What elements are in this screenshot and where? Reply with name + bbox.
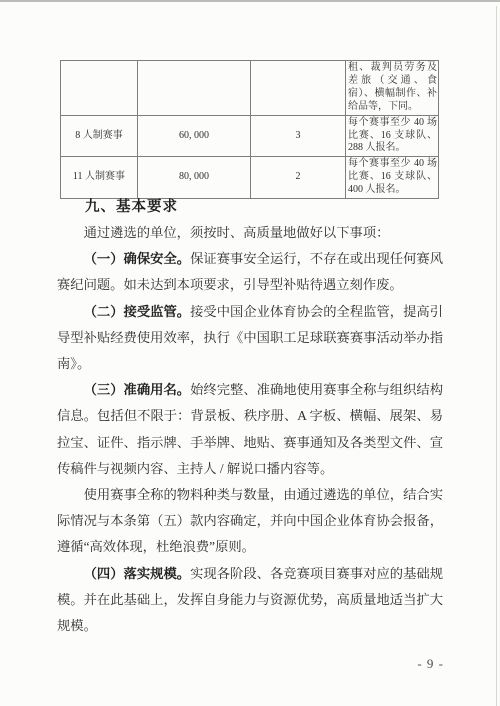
section-basic-requirements: 九、基本要求 通过遴选的单位，须按时、高质量地做好以下事项：（一）确保安全。保证… xyxy=(57,194,443,639)
table-row: 租、裁判员劳务及差旅（交通、食宿）、横幅制作、补给品等，下同。 xyxy=(61,61,439,116)
table-cell: 60, 000 xyxy=(138,115,251,157)
table-row: 8 人制赛事60, 0003每个赛事至少 40 场比赛、16 支球队、288 人… xyxy=(61,115,439,157)
subsidy-table-body: 租、裁判员劳务及差旅（交通、食宿）、横幅制作、补给品等，下同。8 人制赛事60,… xyxy=(61,61,439,199)
paragraph-lead-bold: （一）确保安全。 xyxy=(84,251,191,266)
paragraph-text: 通过遴选的单位，须按时、高质量地做好以下事项： xyxy=(84,225,390,240)
scan-edge-top xyxy=(0,0,500,2)
table-cell: 每个赛事至少 40 场比赛、16 支球队、400 人报名。 xyxy=(346,157,439,199)
table-cell: 每个赛事至少 40 场比赛、16 支球队、288 人报名。 xyxy=(346,115,439,157)
table-cell: 租、裁判员劳务及差旅（交通、食宿）、横幅制作、补给品等，下同。 xyxy=(346,61,439,116)
scan-edge-right xyxy=(496,6,497,706)
document-page: { "colors": { "paper": "#fcfcfa", "ink":… xyxy=(0,0,500,706)
table-cell: 3 xyxy=(251,115,346,157)
table-row: 11 人制赛事80, 0002每个赛事至少 40 场比赛、16 支球队、400 … xyxy=(61,157,439,199)
section-body: 通过遴选的单位，须按时、高质量地做好以下事项：（一）确保安全。保证赛事安全运行，… xyxy=(57,220,443,639)
paragraph-materials: 使用赛事全称的物料种类与数量，由通过遴选的单位，结合实际情况与本条第（五）款内容… xyxy=(57,482,443,561)
paragraph-item-2: （二）接受监管。接受中国企业体育协会的全程监管，提高引导型补贴经费使用效率，执行… xyxy=(57,299,443,378)
table-cell: 8 人制赛事 xyxy=(61,115,138,157)
table-cell: 11 人制赛事 xyxy=(61,157,138,199)
paragraph-lead-bold: （三）准确用名。 xyxy=(84,382,191,397)
table-cell: 80, 000 xyxy=(138,157,251,199)
paragraph-item-3: （三）准确用名。始终完整、准确地使用赛事全称与组织结构信息。包括但不限于：背景板… xyxy=(57,377,443,482)
table-cell: 2 xyxy=(251,157,346,199)
page-number: - 9 - xyxy=(417,656,444,672)
paragraph-item-1: （一）确保安全。保证赛事安全运行，不存在或出现任何赛风赛纪问题。如未达到本项要求… xyxy=(57,246,443,298)
table-cell xyxy=(138,61,251,116)
paragraph-text: 使用赛事全称的物料种类与数量，由通过遴选的单位，结合实际情况与本条第（五）款内容… xyxy=(57,487,443,554)
table-cell xyxy=(251,61,346,116)
table-cell xyxy=(61,61,138,116)
paragraph-item-4: （四）落实规模。实现各阶段、各竞赛项目赛事对应的基础规模。并在此基础上，发挥自身… xyxy=(57,561,443,640)
subsidy-table: 租、裁判员劳务及差旅（交通、食宿）、横幅制作、补给品等，下同。8 人制赛事60,… xyxy=(60,60,439,199)
section-heading: 九、基本要求 xyxy=(57,194,443,220)
paragraph-lead-bold: （二）接受监管。 xyxy=(84,304,191,319)
paragraph-intro: 通过遴选的单位，须按时、高质量地做好以下事项： xyxy=(57,220,443,246)
paragraph-lead-bold: （四）落实规模。 xyxy=(84,566,191,581)
